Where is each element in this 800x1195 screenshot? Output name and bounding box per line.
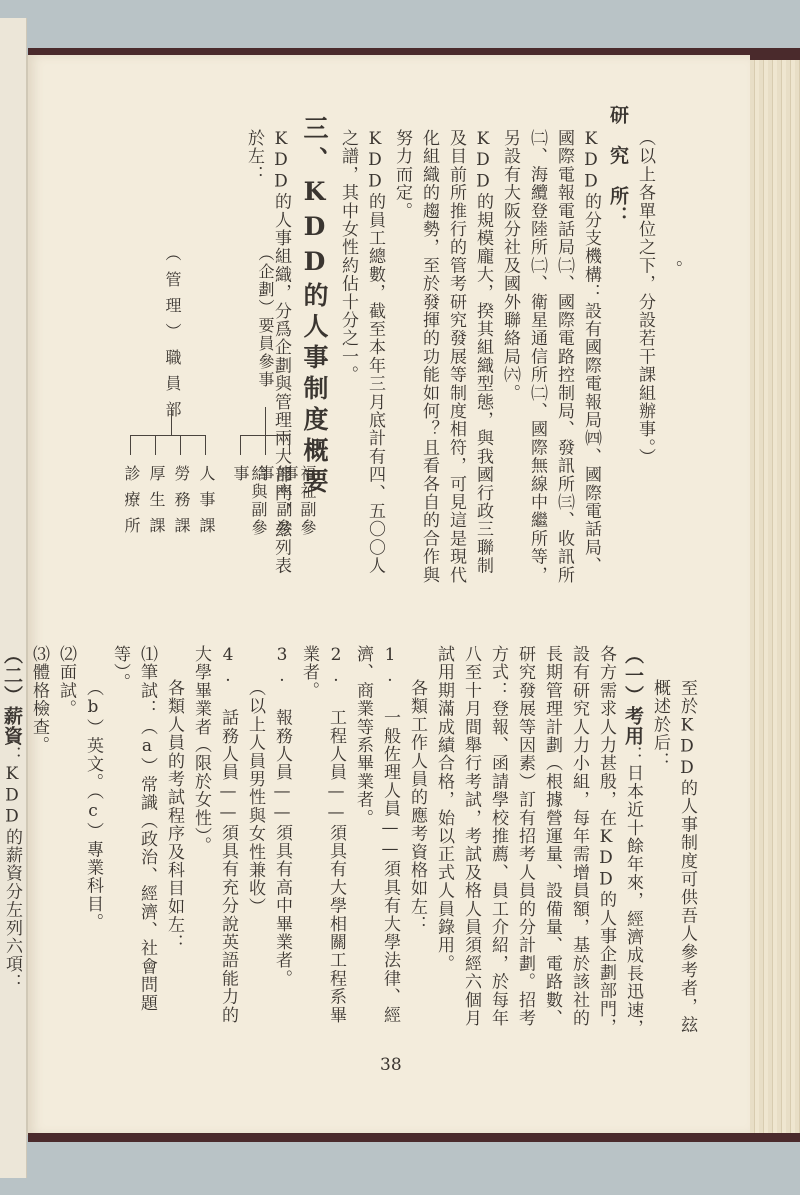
org-connector — [240, 435, 241, 455]
recruit-heading: （一）考用 — [622, 645, 644, 746]
recruit-section: （一）考用：日本近十餘年來，經濟成長迅速，各方需求人力甚殷，在KDD的人事企劃部… — [430, 645, 646, 1040]
org-chart: （企劃）要員參事 福祉副參事 能率副參事 給與副參事 （管理）職員部 人事課 勞… — [108, 245, 298, 545]
org-connector — [289, 435, 290, 455]
qualification-intro: 各類工作人員的應考資格如左： — [403, 645, 430, 1040]
org-management-label: （管理）職員部 — [163, 245, 181, 427]
branch-paragraph: KDD的分支機構：設有國際電報局㈣、國際電話局、國際電報電話局㈡、國際電路控制局… — [496, 95, 604, 585]
exam-step-3: ⑶體格檢查。 — [25, 645, 52, 1040]
org-management-child-1: 人事課 — [197, 465, 215, 543]
scale-paragraph: KDD的規模龐大，揆其組織型態，與我國行政三聯制及目前所推行的管考研究發展等制度… — [388, 95, 496, 585]
org-connector — [155, 435, 156, 455]
qualification-4: 4. 話務人員——須具有充分說英語能力的大學畢業者（限於女性）。 — [187, 645, 241, 1040]
salary-heading: （二）薪資 — [1, 645, 23, 746]
qualification-1: 1. 一般佐理人員——須具有大學法律、經濟、商業等系畢業者。 — [349, 645, 403, 1040]
page-number: 38 — [380, 1055, 402, 1075]
org-management-stem — [171, 407, 172, 435]
org-management-child-2: 勞務課 — [172, 465, 190, 543]
org-management-child-3: 厚生課 — [147, 465, 165, 543]
salary-section: （二）薪資：KDD的薪資分左列六項： — [0, 645, 25, 1040]
org-planning-label: （企劃）要員參事 — [256, 245, 274, 389]
lower-text-block: 至於KDD的人事制度可供吾人參考者，玆概述於后： （一）考用：日本近十餘年來，經… — [110, 645, 700, 1040]
org-planning-child-3: 給與副參事 — [231, 465, 267, 545]
upper-text-block: 。 （以上各單位之下，分設若干課組辦事。） 研 究 所： KDD的分支機構：設有… — [300, 95, 685, 585]
sub-units-note: （以上各單位之下，分設若干課組辦事。） — [631, 95, 658, 585]
org-planning-stem — [265, 407, 266, 435]
book-cover-bottom — [28, 1133, 800, 1142]
closing-period: 。 — [658, 95, 685, 585]
intro-paragraph: 至於KDD的人事制度可供吾人參考者，玆概述於后： — [646, 645, 700, 1040]
org-connector — [205, 435, 206, 455]
exam-step-1b: （b）英文。（c）專業科目。 — [79, 645, 106, 1040]
recruit-paragraph: ：日本近十餘年來，經濟成長迅速，各方需求人力甚殷，在KDD的人事企劃部門，設有研… — [434, 645, 643, 1037]
org-connector — [265, 435, 266, 455]
org-connector — [130, 435, 131, 455]
exam-step-1: ⑴筆試：（a）常識（政治、經濟、社會問題等）。 — [106, 645, 160, 1040]
qualification-3: 3. 報務人員——須具有高中畢業者。 — [268, 645, 295, 1040]
exam-intro: 各類人員的考試程序及科目如左： — [160, 645, 187, 1040]
research-heading: 研 究 所： — [604, 95, 631, 585]
exam-step-2: ⑵面試。 — [52, 645, 79, 1040]
qualification-note: （以上人員男性與女性兼收） — [241, 645, 268, 1040]
qualification-2: 2. 工程人員——須具有大學相關工程系畢業者。 — [295, 645, 349, 1040]
org-connector — [180, 435, 181, 455]
org-management-child-4: 診療所 — [122, 465, 140, 543]
salary-paragraph: ：KDD的薪資分左列六項： — [2, 746, 22, 992]
org-management-bar — [130, 435, 206, 436]
staff-paragraph: KDD的員工總數，截至本年三月底計有四、五〇〇人之譜，其中女性約佔十分之一。 — [334, 95, 388, 585]
page-edges — [750, 60, 800, 1135]
